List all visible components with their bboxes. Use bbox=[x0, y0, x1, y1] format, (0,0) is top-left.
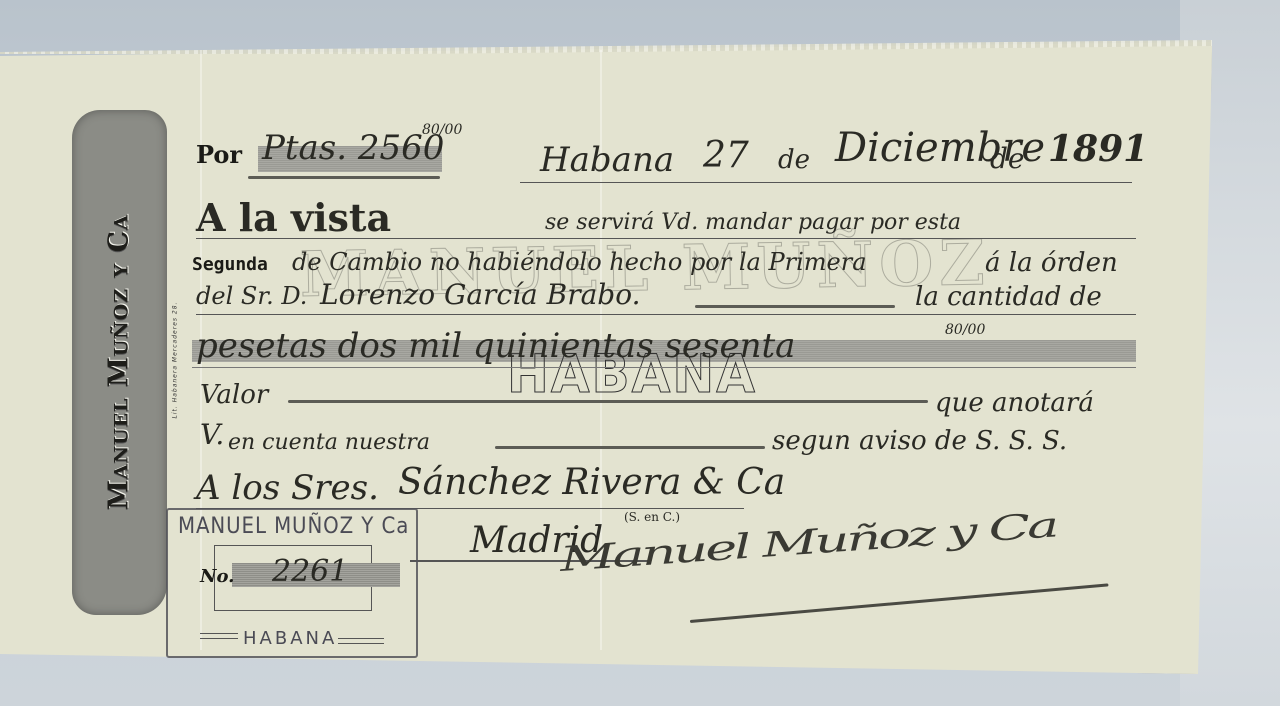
copy-label: Segunda bbox=[192, 254, 268, 275]
payee-prefix: del Sr. D. bbox=[196, 282, 307, 310]
line1-rule bbox=[196, 238, 1136, 239]
amount-cents: 80/00 bbox=[422, 122, 462, 138]
stamp-city: HABANA bbox=[243, 628, 337, 649]
line3-rule bbox=[196, 314, 1136, 315]
date-day: 27 bbox=[703, 135, 749, 176]
line2-end: á la órden bbox=[985, 248, 1118, 278]
date-de: de bbox=[990, 142, 1025, 175]
stamp-dash bbox=[338, 643, 384, 644]
issuer-stub-name: Manuel Muñoz y Ca bbox=[104, 214, 135, 510]
stamp-dash bbox=[338, 638, 384, 639]
payee-name: Lorenzo García Brabo. bbox=[320, 278, 640, 311]
line2-text: de Cambio no habiéndolo hecho por la Pri… bbox=[292, 248, 867, 276]
stamp-dash bbox=[200, 633, 238, 634]
stamp-title: MANUEL MUÑOZ Y Ca bbox=[178, 514, 409, 539]
line6-prefix: V. bbox=[200, 418, 224, 451]
amount-figures: Ptas. 2560 bbox=[262, 128, 444, 168]
stamp-number-label: No. bbox=[200, 566, 234, 587]
valor-label: Valor bbox=[200, 380, 268, 410]
stamp-number: 2261 bbox=[272, 554, 348, 589]
date-year: 1891 bbox=[1048, 128, 1148, 170]
amount-prefix: Por bbox=[196, 140, 242, 169]
line1-text: se servirá Vd. mandar pagar por esta bbox=[545, 210, 961, 235]
line4-rule bbox=[192, 367, 1136, 368]
amount-in-words: pesetas dos mil quinientas sesenta bbox=[196, 326, 795, 366]
line6-end: segun aviso de S. S. S. bbox=[772, 426, 1067, 456]
printer-credit: Lit. Habanera Mercaderes 28. bbox=[172, 302, 179, 419]
line6-underline bbox=[495, 446, 765, 449]
valor-end: que anotará bbox=[935, 388, 1094, 418]
payee-underline bbox=[695, 305, 895, 308]
payment-term: A la vista bbox=[196, 195, 391, 240]
drawee-prefix: A los Sres. bbox=[196, 468, 379, 508]
amount-underline bbox=[248, 176, 440, 179]
amount-words-cents: 80/00 bbox=[945, 322, 985, 338]
stamp-dash bbox=[200, 638, 238, 639]
date-rule bbox=[520, 182, 1132, 183]
line3-end: la cantidad de bbox=[915, 282, 1102, 312]
place: Habana bbox=[540, 140, 674, 180]
date-de: de bbox=[778, 145, 810, 175]
line6-text: en cuenta nuestra bbox=[228, 430, 430, 455]
drawee-name: Sánchez Rivera & Ca bbox=[398, 462, 785, 503]
drawee-note: (S. en C.) bbox=[624, 510, 680, 524]
valor-line bbox=[288, 400, 928, 403]
